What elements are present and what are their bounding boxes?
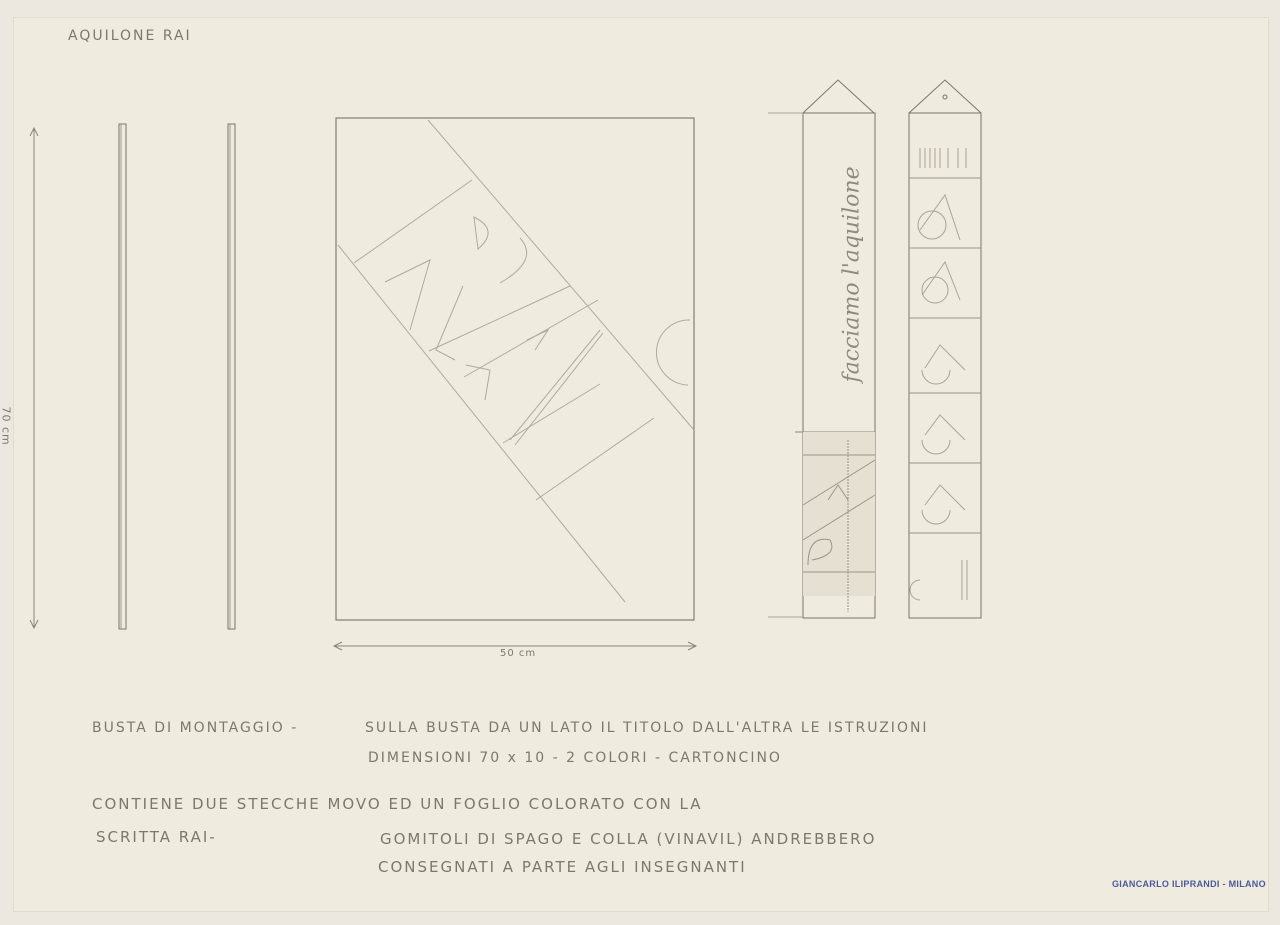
note-contiene: CONTIENE DUE STECCHE MOVO ED UN FOGLIO C…	[92, 795, 702, 813]
stick-2	[228, 124, 235, 629]
note-gomitoli: GOMITOLI DI SPAGO E COLLA (VINAVIL) ANDR…	[380, 830, 876, 848]
drawing-title: AQUILONE RAI	[68, 28, 192, 44]
strip-front-title: facciamo l'aquilone	[840, 183, 865, 383]
note-label-scritta: SCRITTA RAI-	[96, 828, 217, 846]
colored-sheet	[334, 118, 696, 650]
height-dimension-arrow	[30, 128, 38, 628]
pencil-drawing	[0, 0, 1280, 925]
note-label-busta: BUSTA DI MONTAGGIO -	[92, 720, 298, 736]
note-busta-text: SULLA BUSTA DA UN LATO IL TITOLO DALL'AL…	[365, 720, 929, 736]
stick-1	[119, 124, 126, 629]
height-label: 70 cm	[0, 407, 13, 446]
note-dimensioni: DIMENSIONI 70 x 10 - 2 COLORI - CARTONCI…	[368, 750, 782, 766]
envelope-back	[909, 80, 981, 618]
note-consegnati: CONSEGNATI A PARTE AGLI INSEGNANTI	[378, 858, 747, 876]
width-label: 50 cm	[500, 648, 536, 659]
artist-stamp: GIANCARLO ILIPRANDI - MILANO	[1112, 879, 1266, 889]
